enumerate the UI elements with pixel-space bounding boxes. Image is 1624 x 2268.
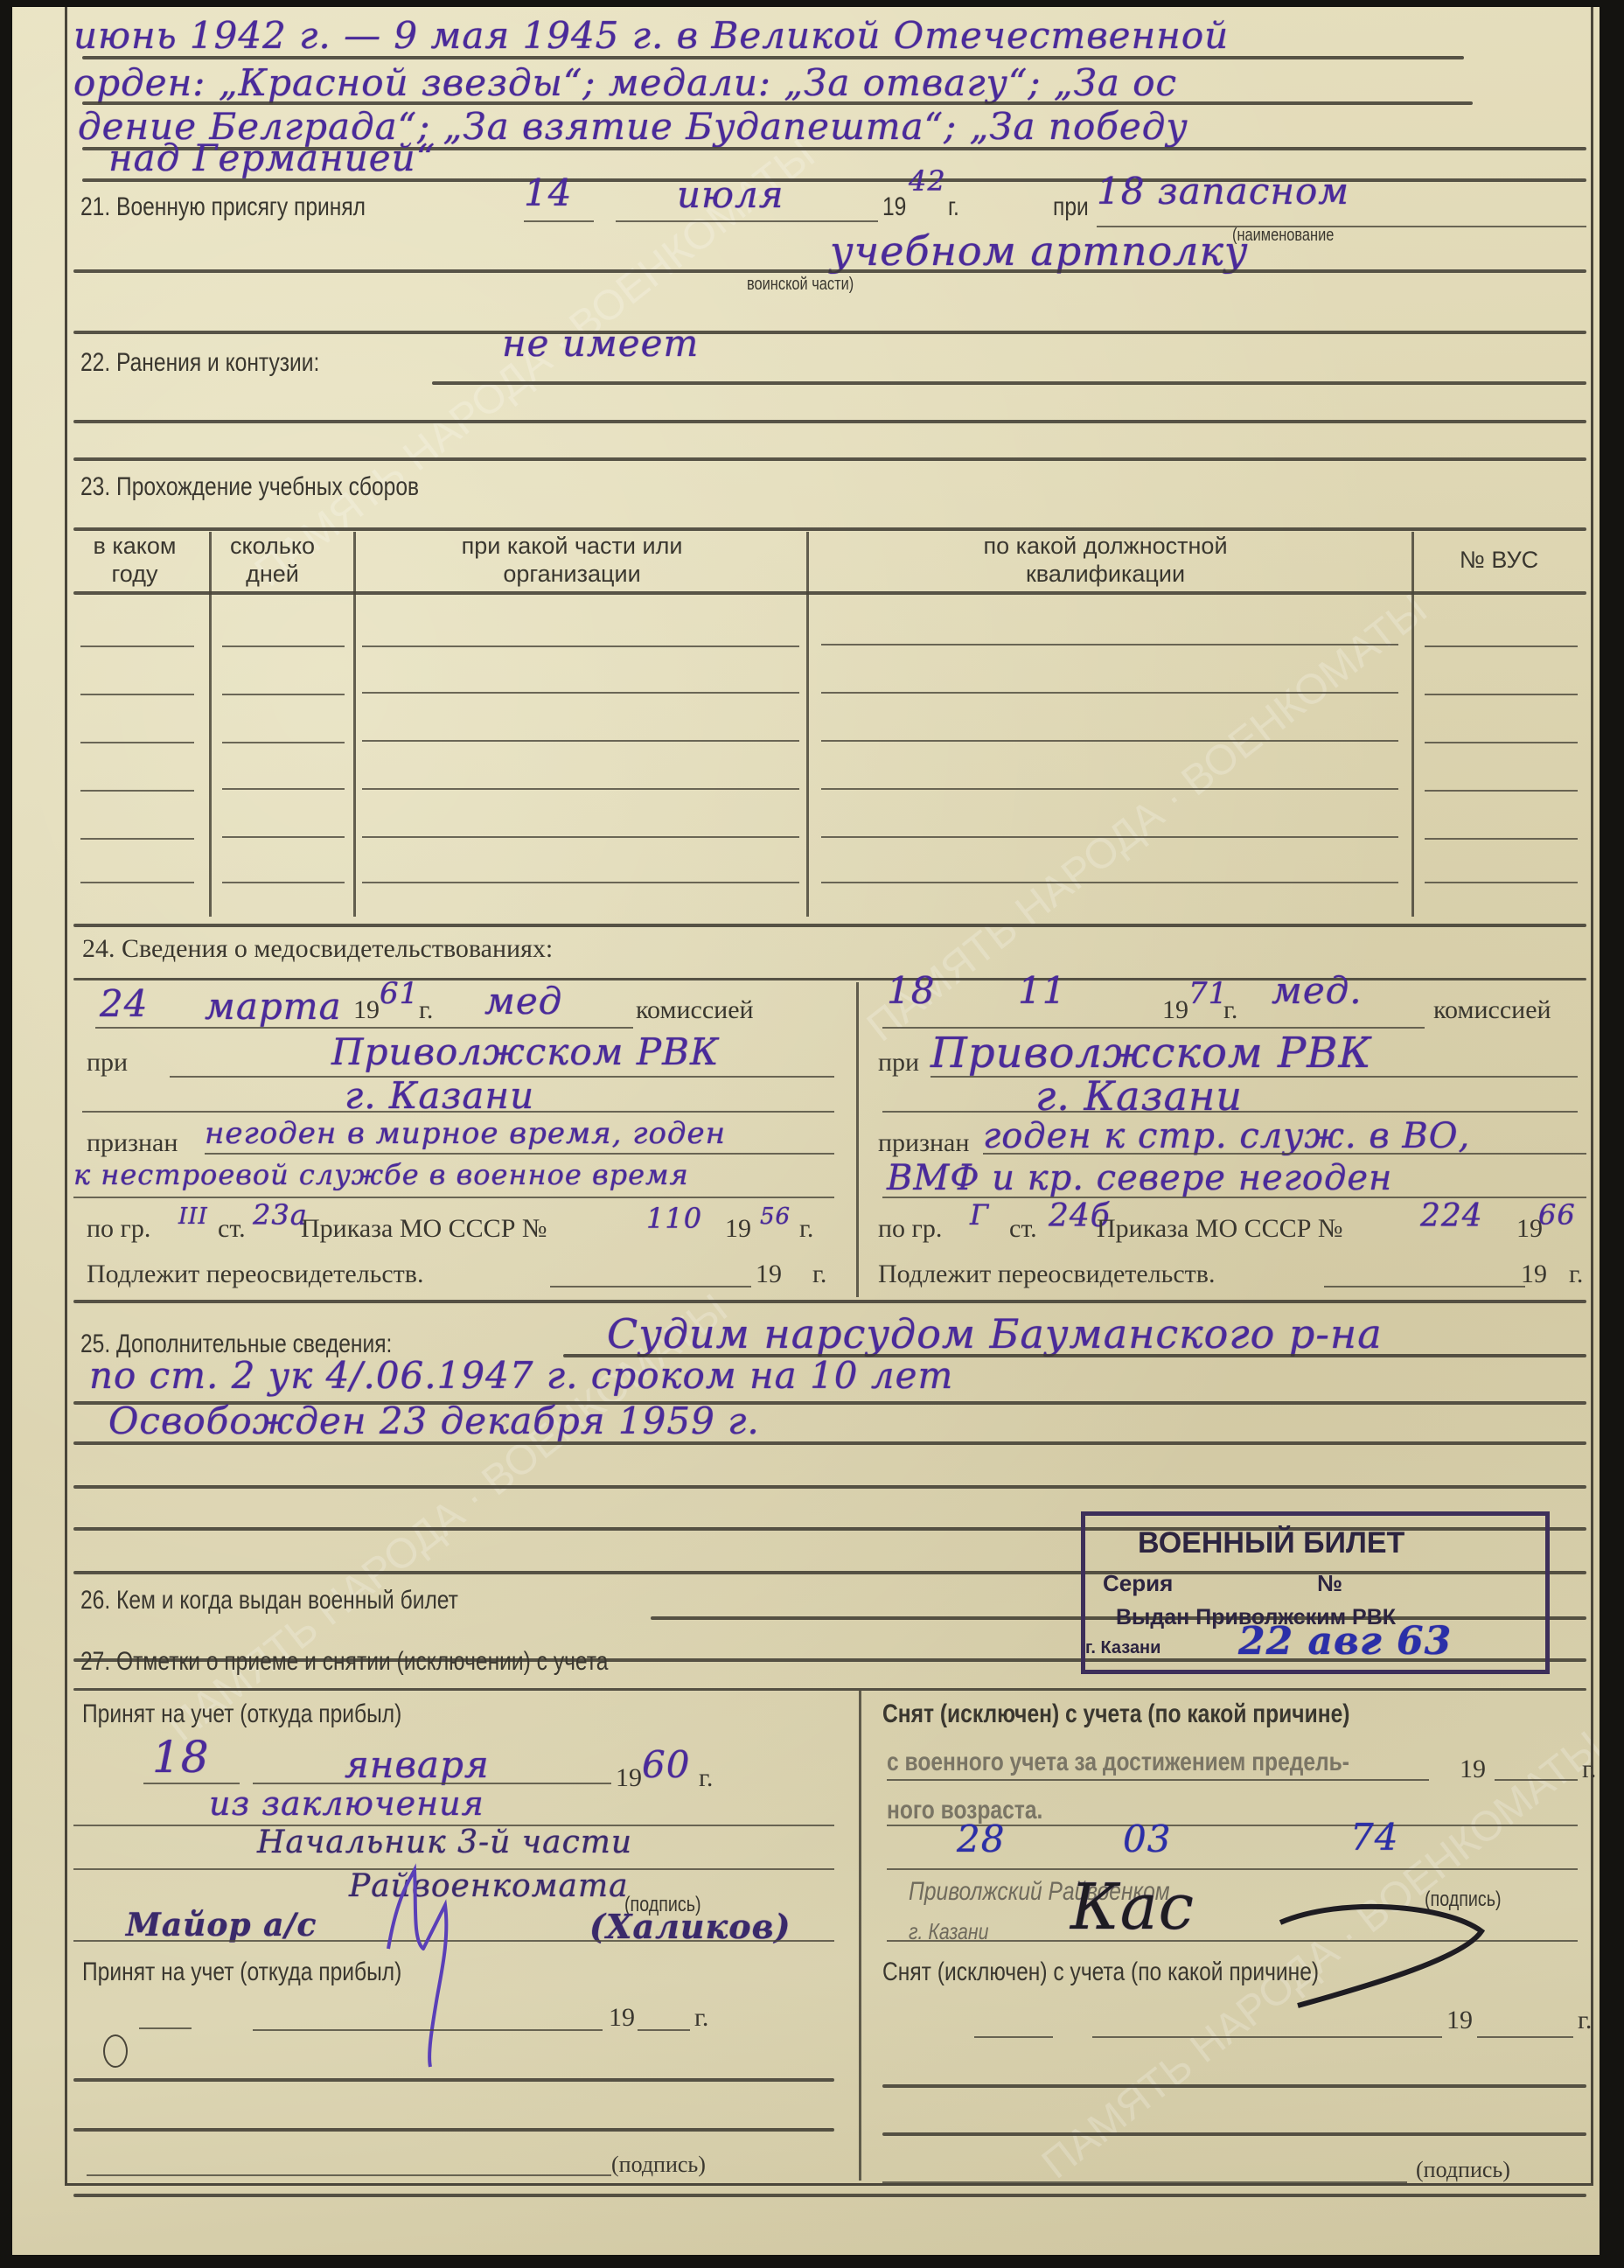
reg-right-top-month: 03 xyxy=(1123,1818,1171,1860)
med-left-st-label: ст. xyxy=(218,1214,246,1244)
oath-month: июля xyxy=(677,173,784,216)
col-qualification: по какой должностнойквалификации xyxy=(799,532,1411,588)
oath-unit-line2: учебном артполку xyxy=(830,227,1249,275)
reg-left-top-label: Принят на учет (откуда прибыл) xyxy=(82,1699,401,1729)
oath-year-suffix: г. xyxy=(948,192,959,222)
med-right-year-prefix: 19 xyxy=(1162,995,1188,1025)
oath-label: 21. Военную присягу принял xyxy=(80,192,366,222)
reg-right-bottom-label: Снят (исключен) с учета (по какой причин… xyxy=(882,1957,1319,1987)
registration-label: 27. Отметки о приеме и снятии (исключени… xyxy=(80,1647,608,1677)
reg-left-top-stamp-3: Майор а/с xyxy=(126,1907,317,1944)
reg-left-top-year: 60 xyxy=(642,1743,690,1786)
reg-right-bottom-g: г. xyxy=(1578,2006,1592,2035)
med-left-prikaz-label: Приказа МО СССР № xyxy=(301,1214,547,1244)
med-left-g: г. xyxy=(419,995,433,1025)
med-left-prikaz-no: 110 xyxy=(646,1202,702,1235)
reg-right-top-day: 28 xyxy=(957,1818,1005,1860)
med-right-priznan: признан xyxy=(878,1128,969,1158)
stamp-title: ВОЕННЫЙ БИЛЕТ xyxy=(1138,1526,1404,1560)
reg-right-bottom-19: 19 xyxy=(1446,2006,1473,2035)
med-left-day: 24 xyxy=(100,982,148,1025)
med-left-priznan-2: к нестроевой службе в военное время xyxy=(73,1158,689,1191)
med-left-prikaz-year: 56 xyxy=(760,1204,791,1230)
med-right-month: 11 xyxy=(1018,969,1066,1012)
med-right-year: 71 xyxy=(1188,976,1228,1011)
med-left-year: 61 xyxy=(380,976,419,1011)
strike-mark-icon xyxy=(1272,1888,1499,2010)
reg-right-top-g: г. xyxy=(1582,1755,1596,1784)
reg-left-bottom-g: г. xyxy=(694,2003,708,2033)
reg-left-top-day: 18 xyxy=(152,1732,210,1783)
awards-line-4: над Германией“ xyxy=(108,136,436,179)
document-page: ПАМЯТЬ НАРОДА · ВОЕНКОМАТЫ ПАМЯТЬ НАРОДА… xyxy=(12,7,1600,2255)
med-right-prikaz-year: 66 xyxy=(1538,1198,1576,1232)
oath-day: 14 xyxy=(524,171,572,214)
med-left-pri: при xyxy=(87,1048,128,1078)
med-right-reexam: Подлежит переосвидетельств. xyxy=(878,1260,1215,1289)
med-left-prikaz-g: г. xyxy=(799,1214,813,1244)
col-year: в какомгоду xyxy=(69,532,200,588)
med-right-gr: Г xyxy=(970,1198,989,1232)
stamp-city: г. Казани xyxy=(1085,1638,1160,1658)
med-left-priznan-1: негоден в мирное время, годен xyxy=(205,1116,726,1151)
med-left-commission-type: мед xyxy=(484,980,562,1022)
reg-left-bottom-19: 19 xyxy=(609,2003,635,2033)
reg-right-top-19: 19 xyxy=(1460,1755,1486,1784)
med-right-prikaz-label: Приказа МО СССР № xyxy=(1097,1214,1343,1244)
oath-unit-line1: 18 запасном xyxy=(1097,170,1349,213)
medical-label: 24. Сведения о медосвидетельствованиях: xyxy=(82,934,553,964)
med-left-commission-label: комиссией xyxy=(636,995,754,1025)
med-left-reexam: Подлежит переосвидетельств. xyxy=(87,1260,423,1289)
col-days: сколькодней xyxy=(200,532,345,588)
med-left-prikaz-year-prefix: 19 xyxy=(725,1214,751,1244)
med-right-pri: при xyxy=(878,1048,919,1078)
med-right-commission-type: мед. xyxy=(1272,969,1363,1012)
reg-left-top-from: из заключения xyxy=(209,1784,484,1823)
reg-left-bottom-label: Принят на учет (откуда прибыл) xyxy=(82,1957,401,1987)
reg-right-top-signature: Кас xyxy=(1070,1870,1195,1944)
reg-right-top-reason-1: с военного учета за достижением предель- xyxy=(887,1748,1349,1777)
med-right-st-label: ст. xyxy=(1009,1214,1037,1244)
wounds-value: не имеет xyxy=(502,322,699,365)
oath-pri: при xyxy=(1053,192,1089,222)
med-left-pri-1: Приволжском РВК xyxy=(331,1030,719,1073)
reg-right-top-year: 74 xyxy=(1350,1816,1398,1859)
col-vus: № ВУС xyxy=(1411,546,1586,574)
med-right-reexam-g: г. xyxy=(1569,1260,1583,1289)
awards-line-1: июнь 1942 г. — 9 мая 1945 г. в Великой О… xyxy=(73,14,1229,57)
circle-mark-icon xyxy=(103,2034,128,2068)
med-left-st: 23а xyxy=(253,1198,308,1232)
reg-right-bottom-sig-caption: (подпись) xyxy=(1416,2157,1510,2183)
med-right-day: 18 xyxy=(887,969,935,1012)
med-right-pri-1: Приволжском РВК xyxy=(930,1029,1372,1078)
oath-caption-bottom: воинской части) xyxy=(747,275,854,295)
reg-left-top-year-prefix: 19 xyxy=(616,1763,642,1793)
oath-year-prefix: 19 xyxy=(882,192,906,222)
reg-left-bottom-sig-caption: (подпись) xyxy=(611,2152,706,2178)
med-right-po-gr: по гр. xyxy=(878,1214,942,1244)
wounds-label: 22. Ранения и контузии: xyxy=(80,348,319,378)
oath-year: 42 xyxy=(909,164,946,198)
med-right-commission-label: комиссией xyxy=(1433,995,1551,1025)
stamp-no: № xyxy=(1317,1570,1342,1597)
military-id-stamp: ВОЕННЫЙ БИЛЕТ Серия № Выдан Приволжским … xyxy=(1081,1511,1550,1674)
col-unit: при какой части илиорганизации xyxy=(345,532,799,588)
med-right-priznan-2: ВМФ и кр. севере негоден xyxy=(887,1158,1392,1198)
additional-line-3: Освобожден 23 декабря 1959 г. xyxy=(108,1399,760,1442)
additional-line-2: по ст. 2 ук 4/.06.1947 г. сроком на 10 л… xyxy=(89,1354,953,1397)
med-left-reexam-g: г. xyxy=(812,1260,826,1289)
reg-left-top-g: г. xyxy=(699,1763,713,1793)
stamp-seria: Серия xyxy=(1103,1570,1173,1597)
med-left-po-gr: по гр. xyxy=(87,1214,150,1244)
med-left-priznan: признан xyxy=(87,1128,178,1158)
training-label: 23. Прохождение учебных сборов xyxy=(80,472,419,502)
med-left-gr: III xyxy=(178,1204,208,1230)
military-id-label: 26. Кем и когда выдан военный билет xyxy=(80,1586,458,1616)
med-right-priznan-1: годен к стр. служ. в ВО, xyxy=(983,1116,1470,1156)
med-right-reexam-19: 19 xyxy=(1521,1260,1547,1289)
stamp-date: 22 авг 63 xyxy=(1238,1619,1452,1664)
reg-right-top-label: Снят (исключен) с учета (по какой причин… xyxy=(882,1699,1349,1729)
med-left-reexam-19: 19 xyxy=(756,1260,782,1289)
reg-left-top-month: января xyxy=(345,1743,490,1786)
awards-line-2: орден: „Красной звезды“; медали: „За отв… xyxy=(73,61,1177,104)
additional-line-1: Судим нарсудом Бауманского р-на xyxy=(607,1310,1383,1357)
med-right-g: г. xyxy=(1223,995,1237,1025)
med-left-year-prefix: 19 xyxy=(353,995,380,1025)
med-right-prikaz-no: 224 xyxy=(1420,1198,1483,1234)
med-left-month: марта xyxy=(205,985,342,1028)
